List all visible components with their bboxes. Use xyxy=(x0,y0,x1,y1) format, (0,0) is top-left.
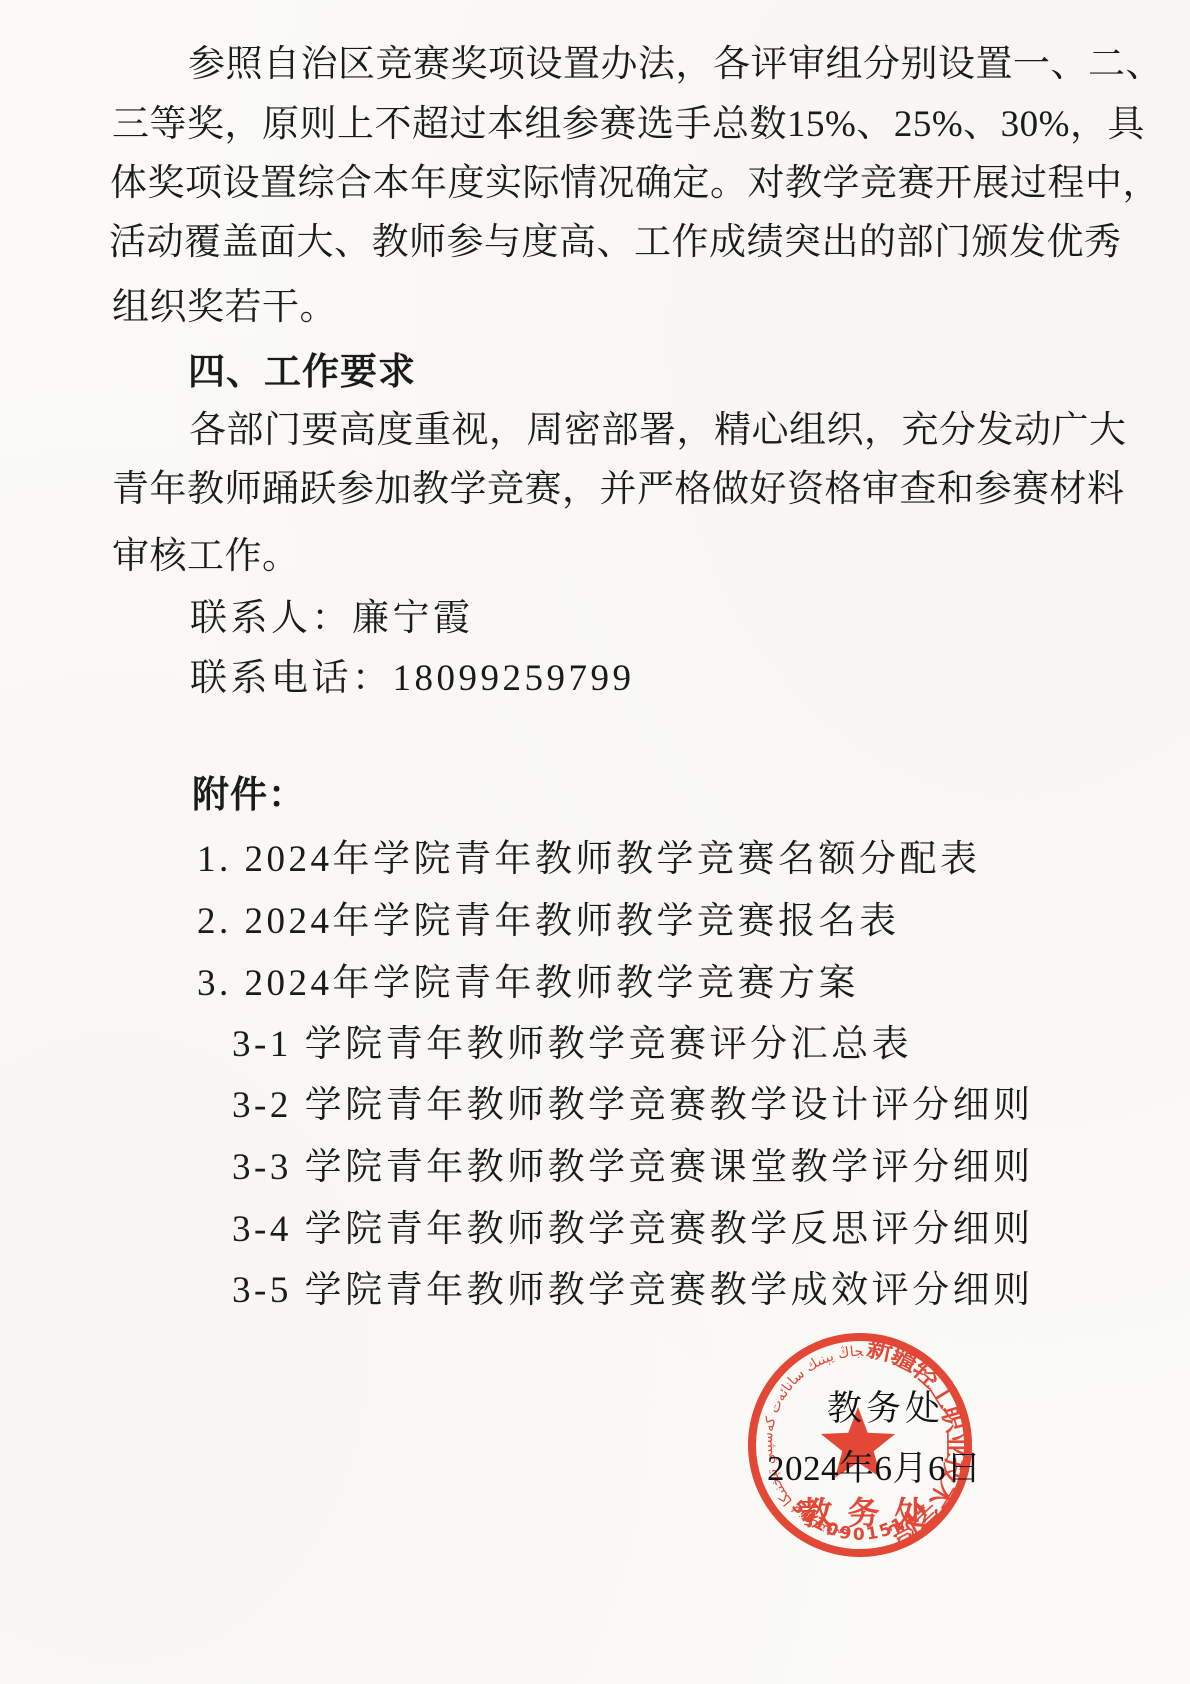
attachment-subitem: 3-1 学院青年教师教学竞赛评分汇总表 xyxy=(232,1026,912,1063)
paragraph-line: 组织奖若干。 xyxy=(112,289,337,326)
document-page: 参照自治区竞赛奖项设置办法，各评审组分别设置一、二、 三等奖，原则上不超过本组参… xyxy=(0,0,1190,1684)
paragraph-line: 青年教师踊跃参加教学竞赛，并严格做好资格审查和参赛材料 xyxy=(112,471,1125,508)
signature-date: 2024年6月6日 xyxy=(767,1451,982,1486)
attachment-item: 2. 2024年学院青年教师教学竞赛报名表 xyxy=(197,903,900,940)
attachment-subitem: 3-5 学院青年教师教学竞赛教学成效评分细则 xyxy=(232,1272,1034,1309)
paragraph-line: 活动覆盖面大、教师参与度高、工作成绩突出的部门颁发优秀 xyxy=(109,224,1122,261)
attachment-item: 3. 2024年学院青年教师教学竞赛方案 xyxy=(197,965,859,1002)
paragraph-line: 体奖项设置综合本年度实际情况确定。对教学竞赛开展过程中， xyxy=(110,165,1160,202)
paragraph-line: 各部门要高度重视，周密部署，精心组织，充分发动广大 xyxy=(189,412,1127,449)
attachment-subitem: 3-3 学院青年教师教学竞赛课堂教学评分细则 xyxy=(232,1149,1034,1186)
attachment-subitem: 3-2 学院青年教师教学竞赛教学设计评分细则 xyxy=(232,1087,1034,1124)
section-heading: 四、工作要求 xyxy=(188,353,416,390)
attachments-heading: 附件： xyxy=(192,776,306,813)
official-seal: 新疆轻工职业技术学院 شىنجاڭ يېنىك سانائەت كەسپىي ت… xyxy=(738,1318,982,1572)
paragraph-line: 审核工作。 xyxy=(112,538,300,575)
contact-phone-line: 联系电话：18099259799 xyxy=(190,660,635,697)
paragraph-line: 三等奖，原则上不超过本组参赛选手总数15%、25%、30%，具 xyxy=(112,106,1145,143)
contact-person-line: 联系人：廉宁霞 xyxy=(190,600,474,637)
signature-department: 教务处 xyxy=(827,1391,944,1426)
attachment-item: 1. 2024年学院青年教师教学竞赛名额分配表 xyxy=(197,841,981,878)
attachment-subitem: 3-4 学院青年教师教学竞赛教学反思评分细则 xyxy=(232,1211,1034,1248)
paragraph-line: 参照自治区竞赛奖项设置办法，各评审组分别设置一、二、 xyxy=(188,46,1163,83)
